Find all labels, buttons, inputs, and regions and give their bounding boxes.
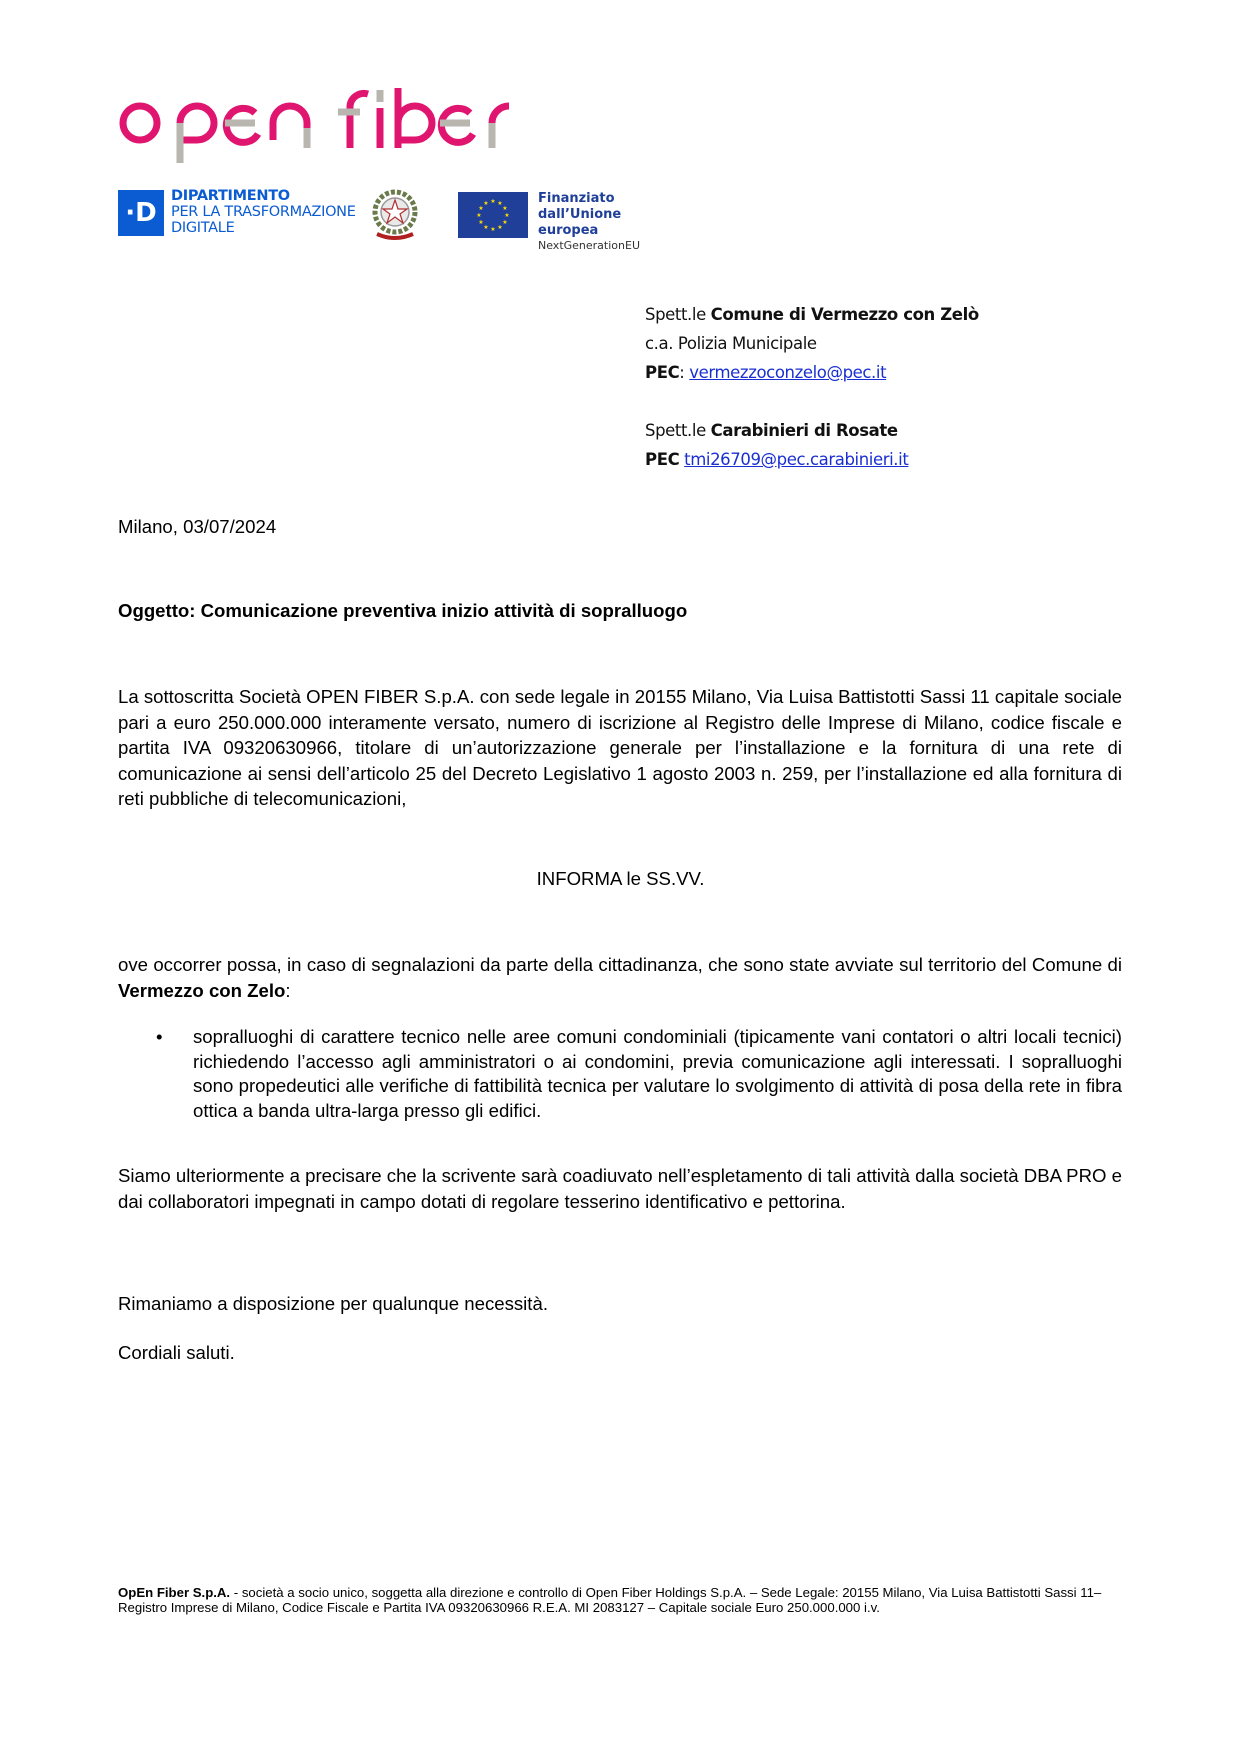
footer-text: - società a socio unico, soggetta alla d…	[118, 1585, 1101, 1615]
salutation: Spett.le	[645, 421, 711, 440]
eu-flag-icon: ★ ★ ★ ★ ★ ★ ★ ★ ★ ★ ★ ★	[458, 192, 528, 238]
svg-text:★: ★	[502, 205, 507, 212]
bullet-icon: •	[156, 1025, 163, 1050]
footer-company: OpEn Fiber S.p.A.	[118, 1585, 230, 1600]
recipient-1-pec-line: PEC: vermezzoconzelo@pec.it	[645, 358, 979, 387]
svg-text:★: ★	[478, 219, 483, 226]
italian-republic-emblem-icon	[368, 186, 422, 244]
sign-off: Cordiali saluti.	[118, 1342, 235, 1364]
svg-text:★: ★	[497, 224, 502, 231]
municipality-name: Vermezzo con Zelo	[118, 980, 285, 1001]
svg-text:★: ★	[504, 212, 509, 219]
dtd-badge-icon: ·D	[118, 190, 164, 236]
pec-email-link[interactable]: tmi26709@pec.carabinieri.it	[684, 450, 908, 469]
eu-line-3: NextGenerationEU	[538, 239, 678, 253]
support-paragraph: Siamo ulteriormente a precisare che la s…	[118, 1163, 1122, 1214]
dtd-line-3: DIGITALE	[171, 220, 356, 236]
context-paragraph: ove occorrer possa, in caso di segnalazi…	[118, 952, 1122, 1003]
svg-text:★: ★	[483, 200, 488, 207]
spacer	[645, 387, 979, 416]
dtd-label: DIPARTIMENTO PER LA TRASFORMAZIONE DIGIT…	[171, 188, 356, 236]
svg-text:★: ★	[490, 226, 495, 233]
svg-text:★: ★	[483, 224, 488, 231]
partner-logos: ·D DIPARTIMENTO PER LA TRASFORMAZIONE DI…	[118, 186, 678, 246]
recipient-name: Comune di Vermezzo con Zelò	[711, 305, 979, 324]
svg-text:★: ★	[490, 198, 495, 205]
activities-list: • sopralluoghi di carattere tecnico nell…	[118, 1025, 1122, 1123]
letter-subject: Oggetto: Comunicazione preventiva inizio…	[118, 600, 687, 622]
context-colon: :	[285, 980, 290, 1001]
recipient-1-name-line: Spett.le Comune di Vermezzo con Zelò	[645, 300, 979, 329]
eu-line-2: dall’Unione europea	[538, 207, 678, 239]
recipient-2-name-line: Spett.le Carabinieri di Rosate	[645, 416, 979, 445]
salutation: Spett.le	[645, 305, 711, 324]
letter-date: Milano, 03/07/2024	[118, 516, 276, 538]
intro-paragraph: La sottoscritta Società OPEN FIBER S.p.A…	[118, 684, 1122, 812]
list-item: • sopralluoghi di carattere tecnico nell…	[118, 1025, 1122, 1123]
list-item-text: sopralluoghi di carattere tecnico nelle …	[193, 1025, 1122, 1123]
eu-line-1: Finanziato	[538, 191, 678, 207]
eu-funding-label: Finanziato dall’Unione europea NextGener…	[538, 191, 678, 253]
informa-heading: INFORMA le SS.VV.	[0, 868, 1241, 890]
pec-email-link[interactable]: vermezzoconzelo@pec.it	[689, 363, 886, 382]
dtd-line-2: PER LA TRASFORMAZIONE	[171, 204, 356, 220]
recipients-block: Spett.le Comune di Vermezzo con Zelò c.a…	[645, 300, 979, 474]
open-fiber-logo-icon	[118, 68, 518, 168]
svg-text:★: ★	[502, 219, 507, 226]
dtd-line-1: DIPARTIMENTO	[171, 188, 356, 204]
closing-line: Rimaniamo a disposizione per qualunque n…	[118, 1293, 548, 1315]
recipient-1: Spett.le Comune di Vermezzo con Zelò c.a…	[645, 300, 979, 387]
pec-separator: :	[679, 363, 689, 382]
letter-page: ·D DIPARTIMENTO PER LA TRASFORMAZIONE DI…	[0, 0, 1241, 1755]
svg-text:★: ★	[476, 212, 481, 219]
recipient-name: Carabinieri di Rosate	[711, 421, 898, 440]
recipient-1-attention: c.a. Polizia Municipale	[645, 329, 979, 358]
legal-footer: OpEn Fiber S.p.A. - società a socio unic…	[118, 1586, 1128, 1615]
recipient-2-pec-line: PEC tmi26709@pec.carabinieri.it	[645, 445, 979, 474]
pec-label: PEC	[645, 450, 679, 469]
pec-label: PEC	[645, 363, 679, 382]
context-text: ove occorrer possa, in caso di segnalazi…	[118, 954, 1122, 975]
recipient-2: Spett.le Carabinieri di Rosate PEC tmi26…	[645, 416, 979, 474]
open-fiber-logo	[118, 68, 518, 168]
